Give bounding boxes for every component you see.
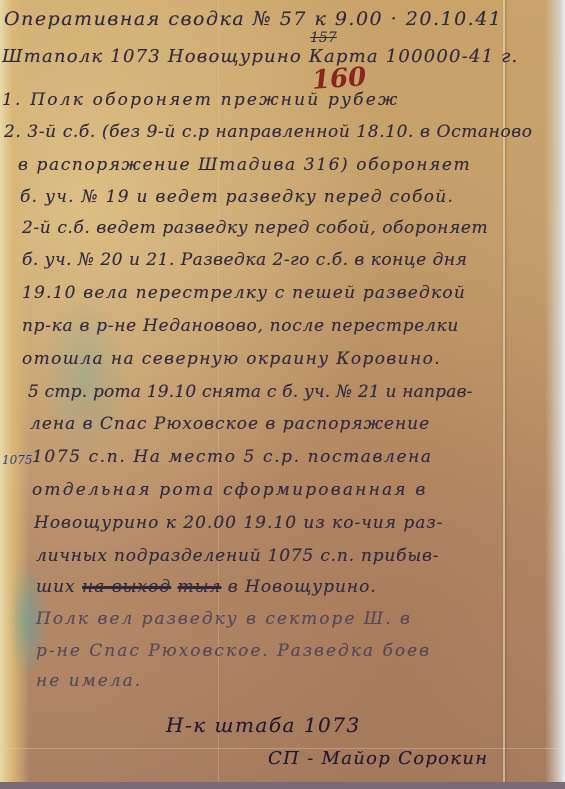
body-line: б. уч. № 19 и ведет разведку перед собой… [20, 187, 454, 207]
body-line: 2-й с.б. ведет разведку перед собой, обо… [22, 218, 488, 238]
body-line: лена в Спас Рюховское в распоряжение [30, 414, 430, 434]
signature-name: СП - Майор Сорокин [268, 748, 488, 769]
paper-right-edge [545, 0, 565, 789]
struck-word: тыл [178, 577, 222, 597]
body-line: личных подразделений 1075 с.п. прибыв- [36, 546, 439, 566]
body-line: не имела. [36, 671, 142, 691]
paper-bottom-edge [0, 782, 565, 789]
body-line: Новощурино к 20.00 19.10 из ко-чия раз- [34, 513, 443, 533]
body-line: р-не Спас Рюховское. Разведка боев [36, 641, 431, 661]
body-line: пр-ка в р-не Недановово, после перестрел… [22, 316, 459, 336]
document-title-line: Оперативная сводка № 57 к 9.00 · 20.10.4… [4, 8, 502, 30]
signature-title: Н-к штаба 1073 [166, 713, 361, 737]
body-line: 1075 с.п. На место 5 с.р. поставлена [32, 447, 433, 467]
body-line: отдельная рота сформированная в [32, 480, 427, 500]
margin-note: 1075 [2, 453, 33, 467]
body-line: 19.10 вела перестрелку с пешей разведкой [22, 283, 466, 303]
document-issuer-line: Штаполк 1073 Новощурино Карта 100000-41 … [2, 46, 518, 67]
body-line: 5 стр. рота 19.10 снята с б. уч. № 21 и … [28, 382, 473, 402]
fold-line-vertical [503, 0, 505, 789]
body-line: 2. 3-й с.б. (без 9-й с.р направленной 18… [4, 122, 533, 142]
struck-word: на выход [82, 577, 171, 597]
document-paper: Оперативная сводка № 57 к 9.00 · 20.10.4… [0, 0, 565, 789]
body-line: отошла на северную окраину Коровино. [22, 349, 441, 369]
body-line: в распоряжение Штадива 316) обороняет [18, 155, 471, 175]
report-number-correction: 157 [310, 30, 337, 46]
body-line: б. уч. № 20 и 21. Разведка 2-го с.б. в к… [22, 250, 467, 270]
body-line-with-strikeout: ших на выход тыл в Новощурино. [36, 577, 377, 597]
body-text: ших на выход тыл в Новощурино. [36, 577, 377, 597]
body-line: 1. Полк обороняет прежний рубеж [2, 90, 399, 110]
body-line: Полк вел разведку в секторе Ш. в [36, 609, 412, 629]
